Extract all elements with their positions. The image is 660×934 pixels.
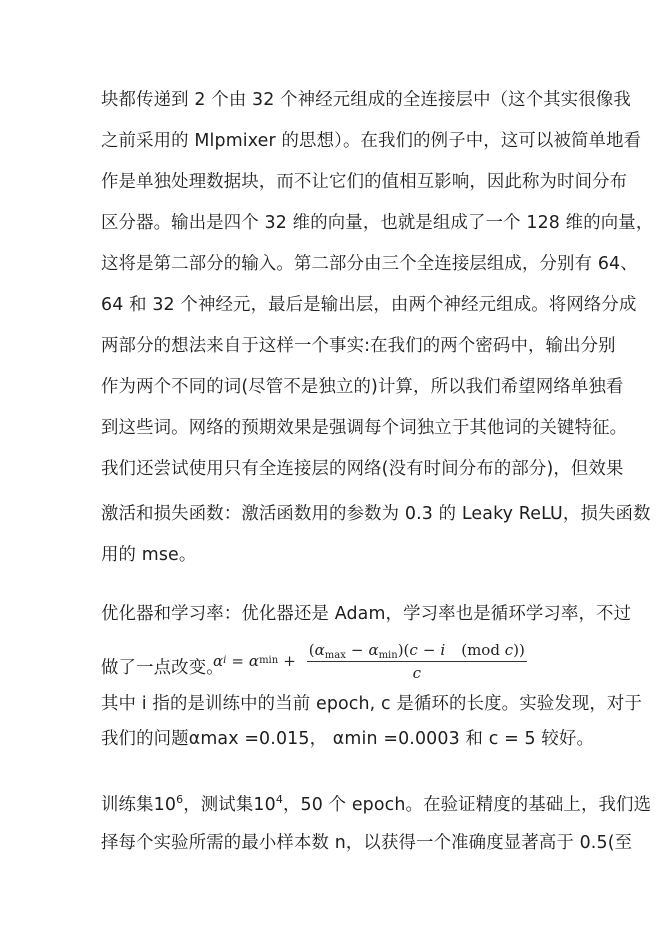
text-line: 训练集106，测试集104，50 个 epoch。在验证精度的基础上，我们选 (101, 793, 561, 817)
text-line: 择每个实验所需的最小样本数 n，以获得一个准确度显著高于 0.5(至 (101, 831, 561, 855)
formula-alpha: α (315, 641, 325, 659)
formula-var-c: c (505, 641, 513, 659)
text-line: 用的 mse。 (101, 543, 561, 567)
text-line: 激活和损失函数：激活函数用的参数为 0.3 的 Leaky ReLU，损失函数 (101, 502, 561, 526)
formula-plus: + (283, 652, 296, 670)
formula-equals: = (231, 652, 244, 670)
text-line: 做了一点改变。 (101, 656, 221, 680)
formula-denominator: c (413, 662, 421, 682)
formula-paren: )) (513, 641, 525, 659)
formula-fraction: (αmax−αmin)(c−i(mod c)) c (307, 641, 527, 682)
text-line: 块都传递到 2 个由 32 个神经元组成的全连接层中（这个其实很像我 (101, 88, 561, 112)
formula-var-c: c (409, 641, 417, 659)
text-line: 其中 i 指的是训练中的当前 epoch, c 是循环的长度。实验发现，对于 (101, 692, 561, 716)
text-span: ，测试集10 (183, 795, 276, 815)
text-line: 到这些词。网络的预期效果是强调每个词独立于其他词的关键特征。 (101, 416, 561, 440)
text-line: 两部分的想法来自于这样一个事实:在我们的两个密码中，输出分别 (101, 334, 561, 358)
text-line: 这将是第二部分的输入。第二部分由三个全连接层组成，分别有 64、 (101, 252, 561, 276)
text-line: 64 和 32 个神经元，最后是输出层，由两个神经元组成。将网络分成 (101, 293, 561, 317)
formula-sub: min (379, 650, 398, 661)
formula-alpha: α (213, 652, 223, 670)
text-line: 作为两个不同的词(尽管不是独立的)计算，所以我们希望网络单独看 (101, 375, 561, 399)
text-line: 我们还尝试使用只有全连接层的网络(没有时间分布的部分)，但效果 (101, 457, 561, 481)
formula-var-c: c (413, 664, 421, 682)
learning-rate-formula: αi = αmin + (αmax−αmin)(c−i(mod c)) c (213, 636, 527, 686)
text-line: 之前采用的 Mlpmixer 的思想）。在我们的例子中，这可以被简单地看 (101, 129, 561, 153)
formula-minus: − (423, 641, 436, 659)
text-line: 作是单独处理数据块，而不让它们的值相互影响，因此称为时间分布 (101, 170, 561, 194)
formula-paren: )( (398, 641, 410, 659)
formula-sub: max (325, 650, 346, 661)
formula-sub: i (223, 655, 226, 666)
formula-alpha: α (249, 652, 259, 670)
formula-var-i: i (440, 641, 445, 659)
formula-numerator: (αmax−αmin)(c−i(mod c)) (307, 641, 527, 662)
superscript: 4 (276, 793, 283, 806)
text-line: 优化器和学习率：优化器还是 Adam，学习率也是循环学习率，不过 (101, 602, 561, 626)
text-line: 区分器。输出是四个 32 维的向量，也就是组成了一个 128 维的向量， (101, 211, 561, 235)
text-span: 训练集10 (101, 795, 176, 815)
document-page: 块都传递到 2 个由 32 个神经元组成的全连接层中（这个其实很像我 之前采用的… (0, 0, 660, 934)
formula-minus: − (351, 641, 364, 659)
text-line: 我们的问题αmax =0.015， αmin =0.0003 和 c = 5 较… (101, 727, 561, 751)
formula-alpha: α (368, 641, 378, 659)
formula-mod: (mod (461, 641, 500, 659)
text-span: ，50 个 epoch。在验证精度的基础上，我们选 (283, 795, 651, 815)
